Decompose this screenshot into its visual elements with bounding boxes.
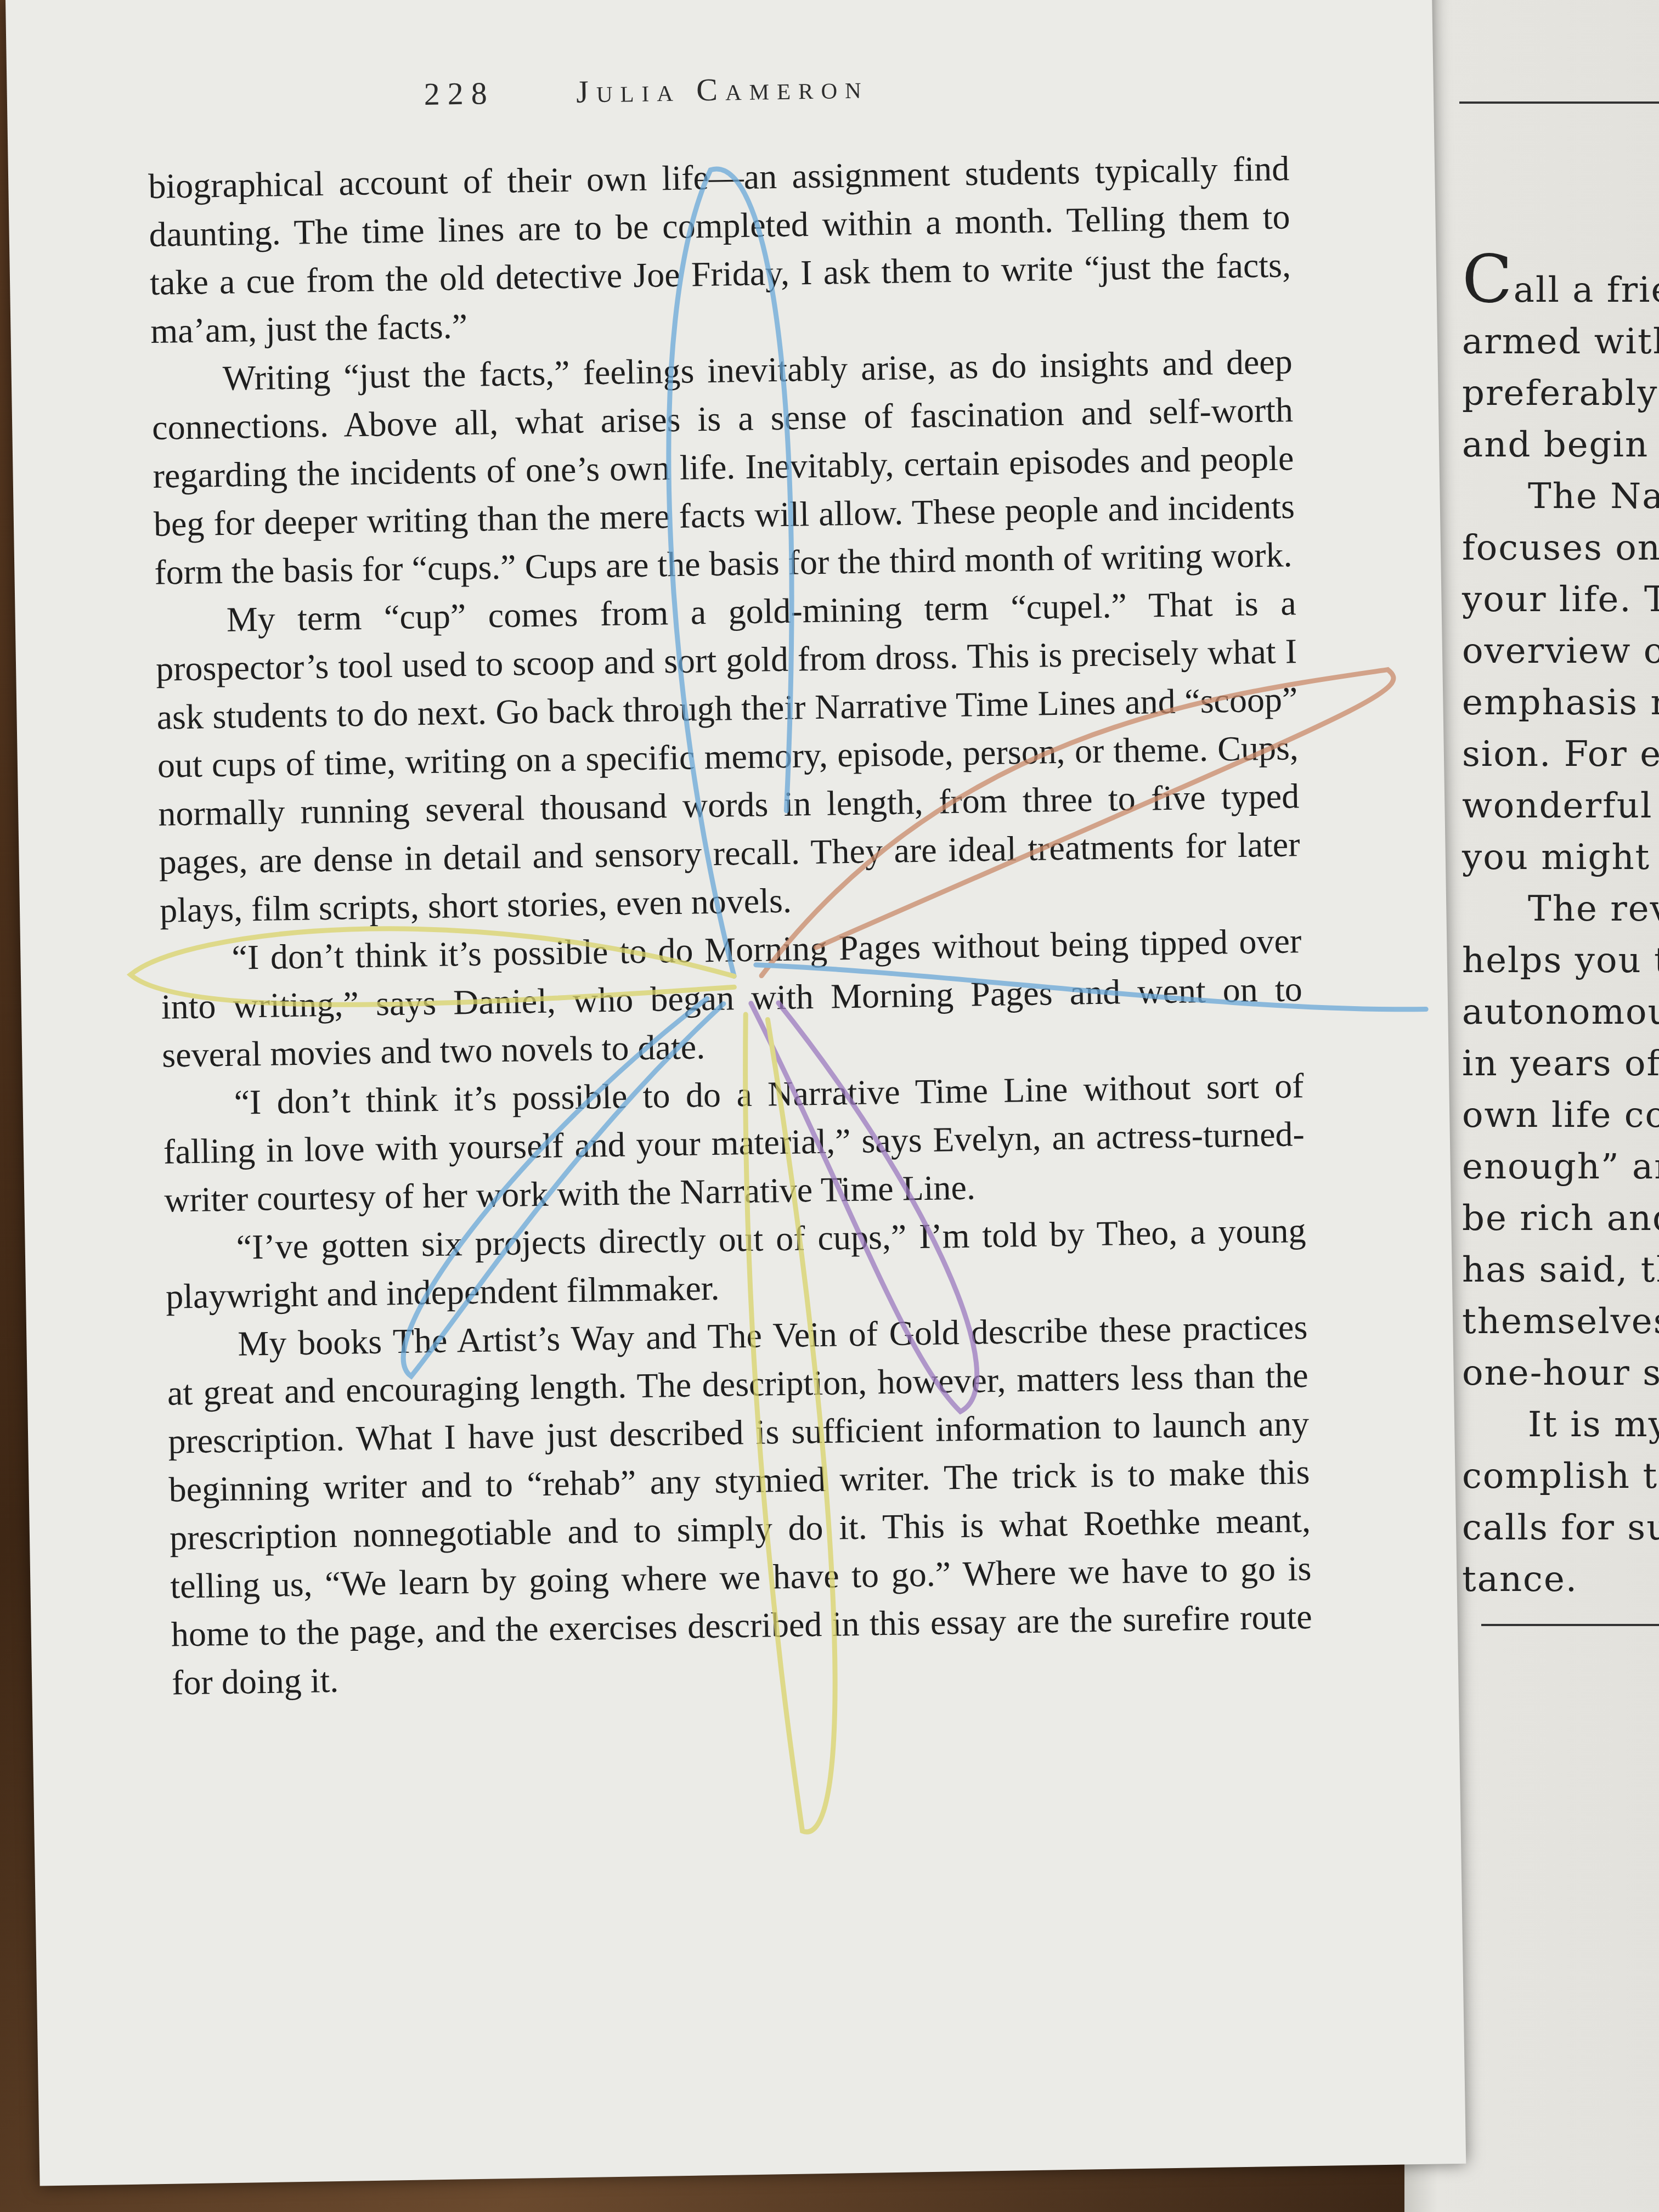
right-line: calls for sup [1462, 1502, 1659, 1554]
right-line: emphasis ma [1462, 677, 1659, 729]
paragraph: Writing “just the facts,” feelings inevi… [151, 337, 1296, 597]
right-line: be rich and [1462, 1193, 1659, 1244]
right-line: preferably 8½ [1462, 368, 1659, 419]
right-line: one-hour s [1462, 1347, 1659, 1399]
right-line: sion. For ex [1462, 729, 1659, 780]
right-page-text: Call a frien armed with preferably 8½ an… [1462, 258, 1659, 1605]
right-line: overview of [1462, 625, 1659, 677]
right-line: The rev [1462, 883, 1659, 935]
right-line: and begin w [1462, 419, 1659, 471]
running-head: 228 Julia Cameron [424, 69, 869, 112]
right-line: complish th [1462, 1451, 1659, 1502]
right-line: tance. [1462, 1554, 1659, 1605]
paragraph: My books The Artist’s Way and The Vein o… [166, 1303, 1313, 1707]
right-line: helps you to [1462, 935, 1659, 986]
right-line: armed with [1462, 316, 1659, 368]
right-line: you might d [1462, 832, 1659, 883]
right-line: enough” ar [1462, 1141, 1659, 1193]
right-line: has said, th [1462, 1244, 1659, 1296]
bottom-rule [1481, 1624, 1659, 1626]
right-line: It is my [1462, 1399, 1659, 1451]
body-text: biographical account of their own life—a… [148, 144, 1313, 1707]
right-line: own life co [1462, 1090, 1659, 1141]
right-line: your life. Th [1462, 574, 1659, 625]
paragraph: My term “cup” comes from a gold-mining t… [155, 579, 1301, 935]
right-line: in years of t [1462, 1038, 1659, 1090]
page-number: 228 [424, 75, 495, 112]
top-rule [1459, 101, 1659, 104]
right-line: Call a frien [1462, 258, 1659, 316]
right-line: themselves [1462, 1296, 1659, 1347]
paragraph: “I don’t think it’s possible to do a Nar… [162, 1062, 1306, 1224]
left-page: 228 Julia Cameron biographical account o… [5, 0, 1466, 2186]
right-line: wonderful h [1462, 780, 1659, 832]
paragraph: biographical account of their own life—a… [148, 144, 1292, 356]
right-line: focuses on [1462, 522, 1659, 574]
right-line: autonomou [1462, 986, 1659, 1038]
paragraph: “I’ve gotten six projects directly out o… [165, 1206, 1307, 1321]
right-line: The Na [1462, 471, 1659, 522]
drop-cap: C [1462, 241, 1514, 318]
author-name: Julia Cameron [576, 69, 869, 109]
paragraph: “I don’t think it’s possible to do Morni… [160, 917, 1304, 1080]
